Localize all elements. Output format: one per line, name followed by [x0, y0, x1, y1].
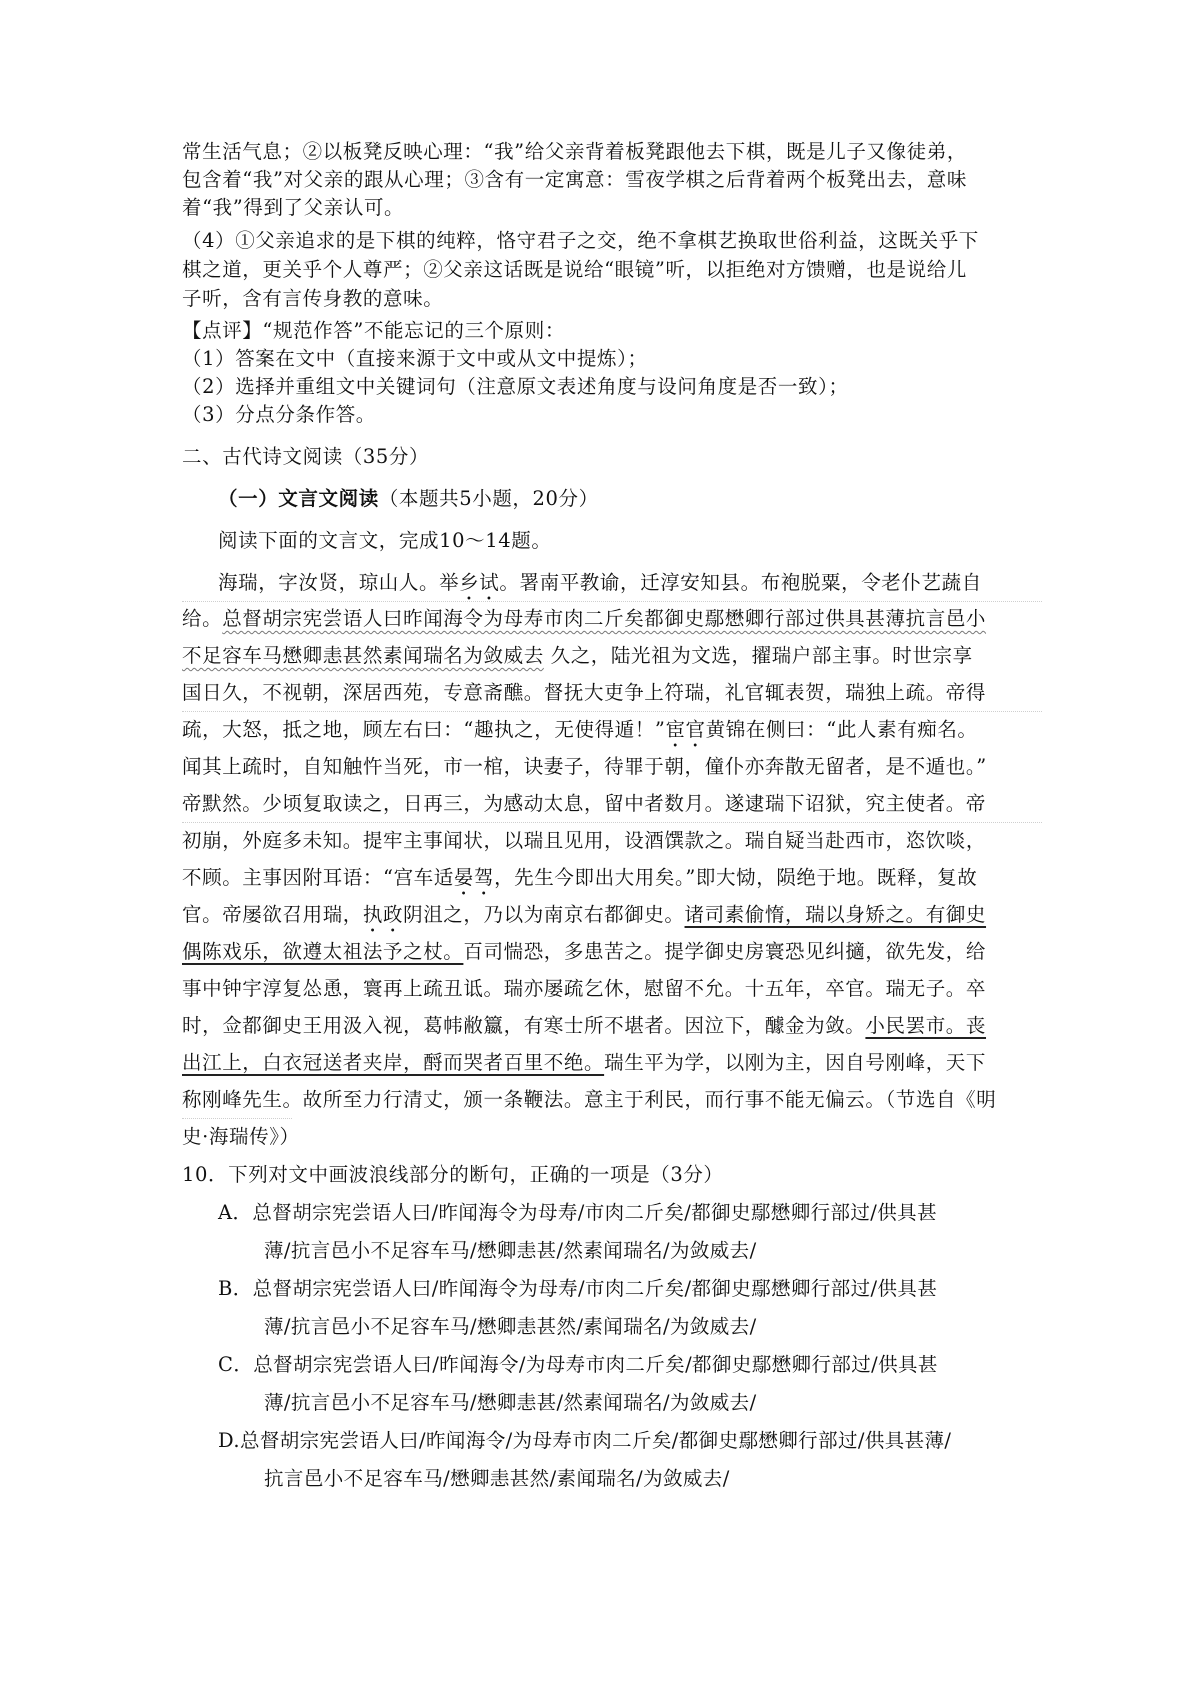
answer-item-4: （4）①父亲追求的是下棋的纯粹，恪守君子之交，绝不拿棋艺换取世俗利益，这既关乎下: [182, 228, 979, 254]
option-text: 总督胡宗宪尝语人曰/昨闻海令为母寿/市肉二斤矣/都御史鄢懋卿行部过/供具甚: [252, 1201, 937, 1224]
option-label: A．: [218, 1201, 252, 1224]
subsection-score: （本题共5小题，20分）: [379, 487, 599, 510]
passage-line: 国日久，不视朝，深居西苑，专意斋醮。督抚大吏争上符瑞，礼官辄表贺，瑞独上疏。帝得: [182, 680, 986, 706]
line-separator: [182, 822, 1042, 823]
option-label: D.: [218, 1429, 240, 1452]
underlined-sentence: 出江上，白衣冠送者夹岸，酹而哭者百里不绝。: [182, 1051, 604, 1074]
passage-text: 给。: [182, 607, 222, 630]
passage-text: 不顾。主事因附耳语：“宫车适: [182, 866, 454, 889]
passage-line: 偶陈戏乐，欲遵太祖法予之杖。百司惴恐，多患苦之。提学御史房寰恐见纠擿，欲先发，给: [182, 939, 986, 965]
answer-text-line: 常生活气息；②以板凳反映心理：“我”给父亲背着板凳跟他去下棋，既是儿子又像徒弟，: [182, 139, 967, 165]
line-separator: [182, 1118, 292, 1119]
passage-text: 瑞生平为学，以刚为主，因自号刚峰，天下: [604, 1051, 986, 1074]
option-text: 总督胡宗宪尝语人曰/昨闻海令/为母寿市肉二斤矣/都御史鄢懋卿行部过/供具甚薄/: [240, 1429, 951, 1452]
underlined-sentence: 偶陈戏乐，欲遵太祖法予之杖。: [182, 940, 463, 963]
document-page: 常生活气息；②以板凳反映心理：“我”给父亲背着板凳跟他去下棋，既是儿子又像徒弟，…: [0, 0, 1200, 1698]
option-a[interactable]: A．总督胡宗宪尝语人曰/昨闻海令为母寿/市肉二斤矣/都御史鄢懋卿行部过/供具甚: [218, 1200, 937, 1226]
passage-text: 疏，大怒，抵之地，顾左右曰：“趣执之，无使得遁！”: [182, 718, 665, 741]
emphasized-word: 宦官: [665, 718, 705, 741]
line-separator: [182, 711, 1042, 712]
option-a-continued: 薄/抗言邑小不足容车马/懋卿恚甚/然素闻瑞名/为敛威去/: [264, 1238, 757, 1264]
passage-line: 闻其上疏时，自知触忤当死，市一棺，诀妻子，待罪于朝，僮仆亦奔散无留者，是不遁也。…: [182, 754, 987, 780]
option-d[interactable]: D.总督胡宗宪尝语人曰/昨闻海令/为母寿市肉二斤矣/都御史鄢懋卿行部过/供具甚薄…: [218, 1428, 951, 1454]
passage-line: 时，佥都御史王用汲入视，葛帏敝籝，有寒士所不堪者。因泣下，醵金为敛。小民罢市。丧: [182, 1013, 986, 1039]
option-text: 总督胡宗宪尝语人曰/昨闻海令为母寿/市肉二斤矣/都御史鄢懋卿行部过/供具甚: [253, 1277, 938, 1300]
passage-text: 百司惴恐，多患苦之。提学御史房寰恐见纠擿，欲先发，给: [463, 940, 986, 963]
comment-rule: （3）分点分条作答。: [182, 402, 376, 428]
subsection-heading: （一）文言文阅读（本题共5小题，20分）: [218, 486, 599, 512]
answer-text-line: 包含着“我”对父亲的跟从心理；③含有一定寓意：雪夜学棋之后背着两个板凳出去，意味: [182, 167, 967, 193]
emphasized-word: 执政: [363, 903, 403, 926]
answer-text-line: 棋之道，更关乎个人尊严；②父亲这话既是说给“眼镜”听，以拒绝对方馈赠，也是说给儿: [182, 257, 967, 283]
instruction-text: 阅读下面的文言文，完成10～14题。: [218, 528, 551, 554]
passage-text: 。署南平教谕，迁淳安知县。布袍脱粟，令老仆艺蔬自: [499, 571, 981, 594]
underlined-sentence: 小民罢市。丧: [865, 1014, 986, 1037]
passage-text: 官。帝屡欲召用瑞，: [182, 903, 363, 926]
passage-line: 给。总督胡宗宪尝语人曰昨闻海令为母寿市肉二斤矣都御史鄢懋卿行部过供具甚薄抗言邑小: [182, 606, 986, 632]
passage-text: 时，佥都御史王用汲入视，葛帏敝籝，有寒士所不堪者。因泣下，醵金为敛。: [182, 1014, 865, 1037]
option-label: B．: [218, 1277, 253, 1300]
passage-line: 不足容车马懋卿恚甚然素闻瑞名为敛威去 久之，陆光祖为文选，擢瑞户部主事。时世宗享: [182, 643, 973, 669]
passage-text: ，先生今即出大用矣。”即大恸，陨绝于地。既释，复故: [494, 866, 977, 889]
section-heading: 二、古代诗文阅读（35分）: [182, 444, 429, 470]
option-c-continued: 薄/抗言邑小不足容车马/懋卿恚甚/然素闻瑞名/为敛威去/: [264, 1390, 757, 1416]
option-d-continued: 抗言邑小不足容车马/懋卿恚甚然/素闻瑞名/为敛威去/: [264, 1466, 730, 1492]
passage-line: 帝默然。少顷复取读之，日再三，为感动太息，留中者数月。遂逮瑞下诏狱，究主使者。帝: [182, 791, 986, 817]
option-b[interactable]: B．总督胡宗宪尝语人曰/昨闻海令为母寿/市肉二斤矣/都御史鄢懋卿行部过/供具甚: [218, 1276, 937, 1302]
passage-text: 黄锦在侧曰：“此人素有痴名。: [706, 718, 978, 741]
passage-source: 史·海瑞传》）: [182, 1124, 300, 1150]
passage-line: 初崩，外庭多未知。提牢主事闻状，以瑞且见用，设酒馔款之。瑞自疑当赴西市，恣饮啖，: [182, 828, 986, 854]
passage-text: 阴沮之，乃以为南京右都御史。: [403, 903, 684, 926]
underlined-sentence: 诸司素偷惰，瑞以身矫之。有御史: [685, 903, 987, 926]
comment-title: 【点评】“规范作答”不能忘记的三个原则：: [182, 318, 565, 344]
line-separator: [182, 601, 1042, 602]
option-text: 总督胡宗宪尝语人曰/昨闻海令/为母寿市肉二斤矣/都御史鄢懋卿行部过/供具甚: [253, 1353, 938, 1376]
passage-line: 出江上，白衣冠送者夹岸，酹而哭者百里不绝。瑞生平为学，以刚为主，因自号刚峰，天下: [182, 1050, 986, 1076]
subsection-title: （一）文言文阅读: [218, 487, 379, 510]
option-label: C．: [218, 1353, 253, 1376]
option-b-continued: 薄/抗言邑小不足容车马/懋卿恚甚然/素闻瑞名/为敛威去/: [264, 1314, 757, 1340]
comment-rule: （1）答案在文中（直接来源于文中或从文中提炼）；: [182, 346, 648, 372]
emphasized-word: 晏驾: [454, 866, 494, 889]
passage-line: 称刚峰先生。故所至力行清丈，颁一条鞭法。意主于利民，而行事不能无偏云。（节选自《…: [182, 1087, 996, 1113]
passage-line: 事中钟宇淳复怂恿，寰再上疏丑诋。瑞亦屡疏乞休，慰留不允。十五年，卒官。瑞无子。卒: [182, 976, 986, 1002]
passage-line: 不顾。主事因附耳语：“宫车适晏驾，先生今即出大用矣。”即大恸，陨绝于地。既释，复…: [182, 865, 977, 900]
wavy-underlined-text: 总督胡宗宪尝语人曰昨闻海令为母寿市肉二斤矣都御史鄢懋卿行部过供具甚薄抗言邑小: [222, 607, 986, 630]
comment-rule: （2）选择并重组文中关键词句（注意原文表述角度与设问角度是否一致）；: [182, 374, 849, 400]
option-c[interactable]: C．总督胡宗宪尝语人曰/昨闻海令/为母寿市肉二斤矣/都御史鄢懋卿行部过/供具甚: [218, 1352, 938, 1378]
question-stem: 10．下列对文中画波浪线部分的断句，正确的一项是（3分）: [182, 1162, 724, 1188]
passage-line: 官。帝屡欲召用瑞，执政阴沮之，乃以为南京右都御史。诸司素偷惰，瑞以身矫之。有御史: [182, 902, 986, 937]
wavy-underlined-text: 不足容车马懋卿恚甚然素闻瑞名为敛威去: [182, 644, 544, 667]
passage-text: 海瑞，字汝贤，琼山人。举: [218, 571, 459, 594]
answer-text-line: 着“我”得到了父亲认可。: [182, 195, 404, 221]
passage-text: 久之，陆光祖为文选，擢瑞户部主事。时世宗享: [544, 644, 973, 667]
passage-line: 疏，大怒，抵之地，顾左右曰：“趣执之，无使得遁！”宦官黄锦在侧曰：“此人素有痴名…: [182, 717, 978, 752]
emphasized-word: 乡试: [459, 571, 499, 594]
answer-text-line: 子听，含有言传身教的意味。: [182, 286, 443, 312]
passage-line: 海瑞，字汝贤，琼山人。举乡试。署南平教谕，迁淳安知县。布袍脱粟，令老仆艺蔬自: [218, 570, 982, 605]
